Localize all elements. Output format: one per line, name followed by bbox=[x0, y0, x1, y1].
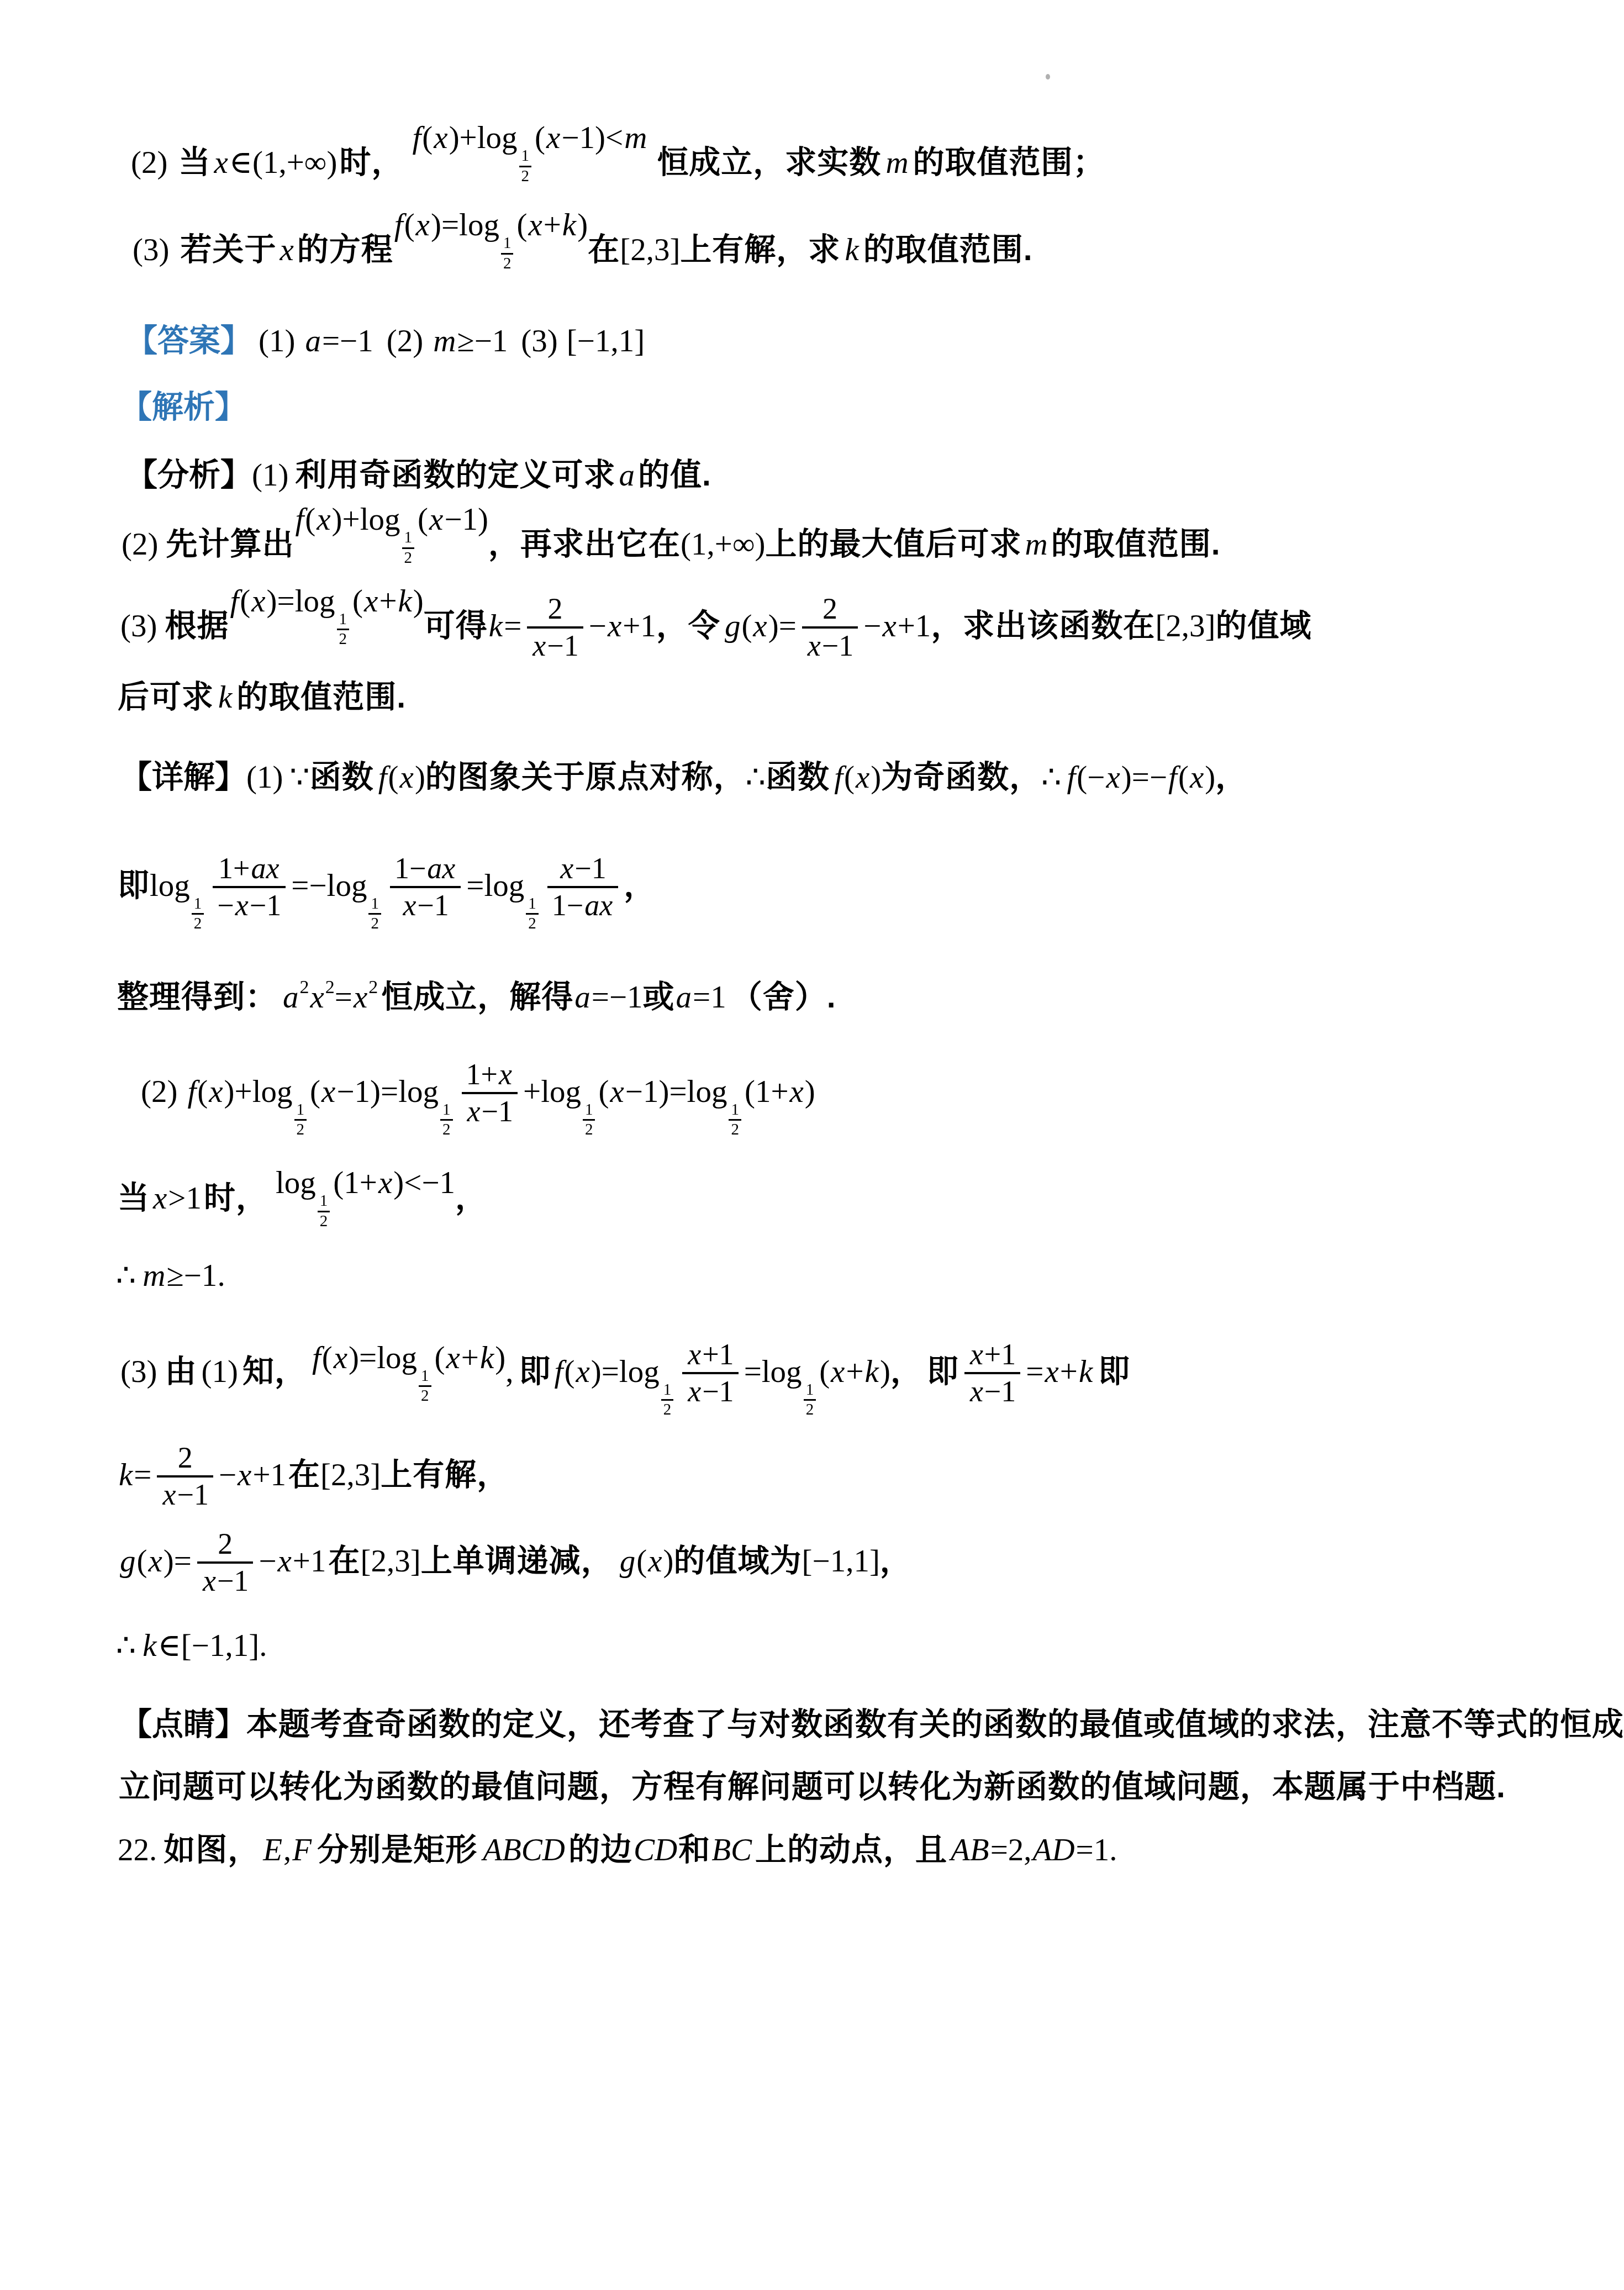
log-base-half: log12 bbox=[762, 1354, 819, 1389]
fraction-denominator: x−1 bbox=[964, 1372, 1020, 1408]
fraction-numerator: x+1 bbox=[682, 1338, 738, 1372]
math-variable: x bbox=[415, 208, 431, 242]
math-variable: x bbox=[250, 584, 266, 619]
math-fraction: 1−axx−1 bbox=[390, 852, 461, 922]
math-variable: x bbox=[377, 1165, 393, 1200]
math-variable: k bbox=[864, 1354, 880, 1389]
document-line-18: ∴k∈[−1,1]. bbox=[116, 1630, 267, 1661]
log-subscript-denominator: 2 bbox=[804, 1399, 816, 1419]
math-variable: k bbox=[141, 1628, 157, 1663]
math-variable: x bbox=[855, 760, 871, 795]
math-run: )<−1 bbox=[393, 1165, 455, 1200]
fraction-denominator: x−1 bbox=[157, 1475, 213, 1511]
math-variable: BC bbox=[710, 1833, 753, 1867]
spacer bbox=[283, 787, 289, 788]
math-run: ) bbox=[478, 502, 488, 537]
spacer bbox=[922, 1381, 927, 1382]
math-run: [2,3] bbox=[1155, 609, 1215, 643]
math-superscript: 2 bbox=[325, 977, 335, 998]
math-fraction: 2x−1 bbox=[197, 1528, 253, 1598]
math-run: ) bbox=[577, 208, 588, 242]
document-line-8: 后可求k的取值范围. bbox=[118, 682, 406, 713]
log-subscript-numerator: 1 bbox=[440, 1101, 453, 1119]
text-run: 的取值范围； bbox=[913, 145, 1105, 180]
fraction-denominator: x−1 bbox=[802, 626, 858, 662]
math-variable: k bbox=[397, 584, 413, 619]
text-run: 上单调递减， bbox=[421, 1543, 613, 1579]
fraction-numerator: 2 bbox=[197, 1528, 253, 1561]
math-run: 2 bbox=[548, 593, 563, 625]
math-run: 2 bbox=[178, 1442, 193, 1474]
section-label: 【解析】 bbox=[120, 389, 246, 425]
math-run: ( bbox=[197, 1074, 208, 1109]
math-run: + bbox=[1060, 1354, 1078, 1389]
fraction-numerator: x+1 bbox=[964, 1338, 1020, 1372]
text-run: 时， bbox=[204, 1180, 268, 1216]
spacer bbox=[613, 1571, 619, 1571]
math-run: , bbox=[505, 1354, 513, 1389]
math-variable: x bbox=[687, 1375, 702, 1408]
log-base-half: log12 bbox=[619, 1354, 677, 1389]
text-run: 的取值范围. bbox=[1051, 526, 1221, 562]
math-variable: ax bbox=[426, 852, 456, 885]
fraction-numerator: 1+x bbox=[462, 1058, 518, 1092]
log-subscript-numerator: 1 bbox=[402, 529, 415, 547]
math-variable: f bbox=[393, 208, 404, 242]
math-variable: x bbox=[498, 1058, 513, 1091]
spacer bbox=[157, 636, 165, 636]
log-base-half: log12 bbox=[377, 1341, 434, 1375]
spacer bbox=[157, 1860, 164, 1860]
log-base-half: log12 bbox=[150, 868, 207, 903]
math-run: ( bbox=[819, 1354, 830, 1389]
math-variable: g bbox=[619, 1544, 637, 1579]
log-subscript-fraction: 12 bbox=[318, 1192, 330, 1231]
math-run: ∴ bbox=[746, 760, 766, 795]
fraction-denominator: x−1 bbox=[390, 886, 461, 922]
spacer bbox=[268, 1208, 276, 1209]
text-run: 的值域 bbox=[1216, 608, 1312, 643]
fraction-numerator: 2 bbox=[157, 1442, 213, 1475]
math-run: ) bbox=[768, 609, 779, 643]
math-run: ( bbox=[535, 120, 545, 155]
math-run: )= bbox=[370, 1074, 398, 1109]
text-run: 上的动点，且 bbox=[755, 1832, 947, 1867]
math-run: ) bbox=[1205, 760, 1215, 795]
text-run: 的取值范围. bbox=[236, 679, 406, 715]
math-run: −1 bbox=[336, 1074, 370, 1109]
log-subscript-fraction: 12 bbox=[661, 1381, 674, 1420]
math-variable: x bbox=[969, 1338, 984, 1371]
math-run: = bbox=[779, 609, 797, 643]
math-variable: x bbox=[1105, 760, 1121, 795]
math-run: − bbox=[863, 609, 881, 643]
math-run: −1 bbox=[984, 1375, 1016, 1408]
math-variable: m bbox=[884, 145, 909, 180]
math-superscript: 2 bbox=[368, 977, 378, 998]
math-variable: F bbox=[291, 1833, 313, 1867]
text-run: 知， bbox=[242, 1354, 307, 1389]
text-run: 上有解， bbox=[381, 1457, 509, 1492]
math-run: [2,3] bbox=[620, 233, 680, 267]
math-run: (1) bbox=[259, 324, 295, 358]
math-variable: k bbox=[118, 1458, 134, 1492]
math-variable: x bbox=[1043, 1354, 1059, 1389]
math-fraction: 1+ax−x−1 bbox=[213, 852, 286, 922]
log-subscript-numerator: 1 bbox=[318, 1192, 330, 1210]
log-subscript-fraction: 12 bbox=[294, 1101, 307, 1139]
document-line-15: (3)由(1)知，f(x)=log12(x+k),即f(x)=log12x+1x… bbox=[120, 1338, 1130, 1420]
math-run: =1 bbox=[693, 980, 726, 1015]
spacer bbox=[157, 1381, 165, 1382]
text-run: 整理得到： bbox=[117, 979, 277, 1015]
math-run: ) bbox=[663, 1544, 674, 1579]
math-variable: g bbox=[119, 1544, 137, 1579]
log-subscript-numerator: 1 bbox=[501, 234, 514, 252]
log-word: log bbox=[276, 1165, 316, 1200]
math-variable: k bbox=[561, 208, 577, 242]
text-run: 和 bbox=[678, 1832, 710, 1867]
log-subscript-numerator: 1 bbox=[804, 1381, 816, 1399]
log-subscript-fraction: 12 bbox=[519, 147, 532, 186]
text-run: 利用奇函数的定义可求 bbox=[295, 457, 615, 493]
math-variable: x bbox=[208, 1074, 224, 1109]
math-variable: x bbox=[806, 629, 822, 662]
math-run: ( bbox=[418, 502, 428, 537]
math-run: . bbox=[259, 1628, 267, 1663]
log-word: log bbox=[377, 1341, 417, 1375]
math-variable: x bbox=[545, 120, 561, 155]
math-run: )=− bbox=[1121, 760, 1167, 795]
log-word: log bbox=[360, 502, 400, 537]
math-variable: E bbox=[262, 1833, 283, 1867]
math-run: +1 bbox=[984, 1338, 1016, 1371]
fraction-numerator: 1−ax bbox=[390, 852, 461, 886]
log-subscript-fraction: 12 bbox=[440, 1101, 453, 1139]
section-label: 【分析】 bbox=[126, 457, 252, 493]
math-variable: x bbox=[363, 584, 379, 619]
math-run: (1+ bbox=[745, 1074, 789, 1109]
spacer bbox=[648, 172, 657, 173]
spacer bbox=[158, 554, 166, 555]
math-run: 2 bbox=[218, 1528, 233, 1560]
math-run: (3) bbox=[133, 233, 169, 267]
math-run: + bbox=[523, 1074, 541, 1109]
math-run: −1 bbox=[250, 889, 281, 922]
math-run: (1,+∞) bbox=[681, 527, 766, 562]
math-run: +1 bbox=[702, 1338, 734, 1371]
fraction-denominator: 1−ax bbox=[547, 886, 618, 922]
log-subscript-numerator: 1 bbox=[368, 895, 381, 913]
math-run: =−1 bbox=[322, 324, 373, 358]
log-subscript-fraction: 12 bbox=[729, 1101, 741, 1139]
math-run: ) bbox=[595, 120, 605, 155]
math-run: 2 bbox=[822, 593, 837, 625]
math-run: 1− bbox=[394, 852, 426, 885]
document-page: (2)当x∈(1,+∞)时，f(x)+log12(x−1)<m恒成立，求实数m的… bbox=[0, 0, 1624, 2290]
math-variable: f bbox=[833, 760, 844, 795]
math-variable: x bbox=[527, 208, 543, 242]
math-variable: x bbox=[315, 502, 331, 537]
math-run: ) bbox=[805, 1074, 815, 1109]
text-run: 若关于 bbox=[180, 232, 276, 267]
log-subscript-numerator: 1 bbox=[526, 895, 539, 913]
math-run: 1− bbox=[552, 889, 583, 922]
math-variable: f bbox=[1066, 760, 1077, 795]
math-run: ) bbox=[449, 120, 460, 155]
spacer bbox=[313, 1860, 317, 1860]
log-subscript-numerator: 1 bbox=[337, 610, 350, 629]
math-variable: x bbox=[1189, 760, 1205, 795]
log-subscript-denominator: 2 bbox=[583, 1119, 595, 1139]
fraction-denominator: x−1 bbox=[197, 1561, 253, 1597]
math-variable: f bbox=[377, 760, 388, 795]
math-run: (2) bbox=[141, 1074, 177, 1109]
math-run: (3) bbox=[120, 1354, 157, 1389]
math-run: 1+ bbox=[218, 852, 250, 885]
spacer bbox=[1022, 554, 1024, 555]
raised-inline-formula: f(x)+log12(x−1) bbox=[294, 504, 488, 567]
log-subscript-numerator: 1 bbox=[192, 895, 204, 913]
math-fraction: 1+xx−1 bbox=[462, 1058, 518, 1128]
document-line-11: 整理得到：a2x2=x2恒成立，解得a=−1或a=1（舍）. bbox=[117, 978, 836, 1013]
spacer bbox=[288, 485, 295, 486]
spacer bbox=[307, 1381, 311, 1382]
math-fraction: x−11−ax bbox=[547, 852, 618, 922]
math-run: =−1 bbox=[592, 980, 643, 1015]
text-run: ，令 bbox=[656, 608, 720, 643]
math-run: + bbox=[342, 502, 360, 537]
math-variable: x bbox=[202, 1564, 217, 1597]
text-run: 如图， bbox=[164, 1832, 260, 1867]
math-run: ) bbox=[332, 502, 342, 537]
text-run: 的值. bbox=[638, 457, 711, 493]
section-label: 【详解】 bbox=[120, 759, 246, 795]
math-run: ( bbox=[322, 1341, 333, 1375]
math-run: [−1,1] bbox=[567, 324, 645, 358]
math-superscript: 2 bbox=[300, 977, 309, 998]
math-variable: m bbox=[623, 120, 648, 155]
math-run: [2,3] bbox=[361, 1544, 421, 1579]
document-line-20: 立问题可以转化为函数的最值问题，方程有解问题可以转化为新函数的值域问题，本题属于… bbox=[119, 1771, 1506, 1803]
math-run: (1) bbox=[246, 760, 283, 795]
math-variable: CD bbox=[632, 1833, 678, 1867]
math-variable: g bbox=[724, 609, 742, 643]
math-variable: x bbox=[531, 629, 547, 662]
math-run: = bbox=[277, 584, 295, 619]
math-run: = bbox=[744, 1354, 762, 1389]
math-fraction: x+1x−1 bbox=[682, 1338, 738, 1408]
math-variable: x bbox=[881, 609, 897, 643]
math-run: ( bbox=[422, 120, 433, 155]
log-subscript-denominator: 2 bbox=[440, 1119, 453, 1139]
text-run: ，再求出它在 bbox=[488, 526, 681, 562]
text-run: 立问题可以转化为函数的最值问题，方程有解问题可以转化为新函数的值域问题，本题属于… bbox=[119, 1769, 1506, 1804]
raised-inline-formula: f(x)=log12(x+k) bbox=[311, 1342, 505, 1406]
math-variable: f bbox=[311, 1341, 322, 1375]
log-subscript-numerator: 1 bbox=[519, 147, 532, 165]
log-subscript-denominator: 2 bbox=[526, 913, 539, 933]
math-run: (1+ bbox=[333, 1165, 377, 1200]
text-run: 函数 bbox=[310, 759, 374, 795]
math-run: [−1,1] bbox=[802, 1544, 880, 1579]
log-subscript-fraction: 12 bbox=[192, 895, 204, 933]
text-run: 即 bbox=[1098, 1354, 1130, 1389]
document-line-7: (3)根据f(x)=log12(x+k)可得k=2x−1−x+1，令g(x)=2… bbox=[120, 593, 1312, 674]
log-base-half: log12 bbox=[360, 502, 418, 537]
log-subscript-fraction: 12 bbox=[419, 1367, 431, 1406]
math-run: (3) bbox=[120, 609, 157, 643]
log-subscript-denominator: 2 bbox=[519, 166, 532, 186]
math-variable: x bbox=[466, 1095, 482, 1128]
math-variable: f bbox=[294, 502, 305, 537]
math-variable: x bbox=[213, 145, 229, 180]
math-run: . bbox=[1109, 1833, 1117, 1867]
math-variable: x bbox=[830, 1354, 846, 1389]
math-variable: k bbox=[1078, 1354, 1094, 1389]
math-variable: k bbox=[479, 1341, 495, 1375]
log-word: log bbox=[459, 208, 499, 242]
math-run: ( bbox=[240, 584, 250, 619]
spacer bbox=[252, 351, 259, 351]
text-run: 时， bbox=[339, 145, 403, 180]
math-fraction: x+1x−1 bbox=[964, 1338, 1020, 1408]
math-variable: k bbox=[488, 609, 504, 643]
log-word: log bbox=[327, 868, 367, 903]
math-variable: x bbox=[352, 980, 368, 1015]
math-variable: ABCD bbox=[482, 1833, 566, 1867]
text-run: 的方程 bbox=[297, 232, 393, 267]
math-variable: AD bbox=[1032, 1833, 1076, 1867]
log-subscript-fraction: 12 bbox=[402, 529, 415, 567]
fraction-numerator: 2 bbox=[527, 593, 583, 626]
text-run: 在 bbox=[329, 1543, 361, 1579]
log-base-half: log12 bbox=[295, 584, 352, 619]
log-base-half: log12 bbox=[459, 208, 516, 242]
document-line-14: ∴m≥−1. bbox=[116, 1260, 225, 1291]
math-run: + bbox=[461, 1341, 479, 1375]
spacer bbox=[373, 351, 387, 351]
math-run: (1) bbox=[252, 458, 288, 493]
text-run: 即 bbox=[927, 1354, 959, 1389]
math-run: )= bbox=[164, 1544, 192, 1579]
text-run: 本题考查奇函数的定义，还考查了与对数函数有关的函数的最值或值域的求法，注意不等式… bbox=[246, 1707, 1624, 1742]
math-run: − bbox=[219, 1458, 236, 1492]
math-run: )= bbox=[658, 1074, 687, 1109]
math-run: − bbox=[589, 609, 607, 643]
math-run: ∴ bbox=[116, 1258, 136, 1293]
math-run: ( bbox=[310, 1074, 320, 1109]
log-subscript-fraction: 12 bbox=[501, 234, 514, 273]
math-run: + bbox=[460, 120, 477, 155]
math-run: ∴ bbox=[116, 1628, 136, 1663]
math-run: >1 bbox=[168, 1181, 202, 1216]
spacer bbox=[177, 1101, 186, 1102]
text-run: 的图象关于原点对称， bbox=[425, 759, 746, 795]
log-subscript-denominator: 2 bbox=[419, 1385, 431, 1405]
log-subscript-fraction: 12 bbox=[583, 1101, 595, 1139]
text-run: 当 bbox=[118, 1180, 150, 1216]
math-run: ( bbox=[564, 1354, 574, 1389]
spacer bbox=[514, 1381, 519, 1382]
page-artifact-dot bbox=[1046, 74, 1050, 80]
math-run: ) bbox=[431, 208, 441, 242]
log-subscript-denominator: 2 bbox=[192, 913, 204, 933]
text-run: 即 bbox=[519, 1354, 551, 1389]
log-base-half: log12 bbox=[541, 1074, 598, 1109]
math-run: (1,+∞) bbox=[252, 145, 338, 180]
math-run: =1 bbox=[1076, 1833, 1110, 1867]
math-run: − bbox=[259, 1544, 276, 1579]
math-run: ∈[−1,1] bbox=[158, 1628, 260, 1663]
text-run: 分别是矩形 bbox=[317, 1832, 477, 1867]
math-run: +1 bbox=[898, 609, 931, 643]
math-run: −1 bbox=[547, 629, 578, 662]
text-run: 根据 bbox=[165, 608, 229, 643]
text-run: 由 bbox=[165, 1354, 197, 1389]
math-run: )= bbox=[349, 1341, 377, 1375]
math-variable: x bbox=[687, 1338, 702, 1371]
math-run: , bbox=[283, 1833, 291, 1867]
document-line-21: 22.如图，E,F分别是矩形ABCD的边CD和BC上的动点，且AB=2,AD=1… bbox=[118, 1834, 1117, 1866]
math-variable: f bbox=[229, 584, 240, 619]
math-run: ( bbox=[741, 609, 752, 643]
log-subscript-fraction: 12 bbox=[337, 610, 350, 649]
log-word: log bbox=[687, 1074, 727, 1109]
math-run: ≥−1 bbox=[166, 1258, 217, 1293]
text-run: 或 bbox=[643, 979, 675, 1015]
spacer bbox=[1062, 787, 1066, 788]
math-run: (1) bbox=[201, 1354, 238, 1389]
math-variable: x bbox=[320, 1074, 336, 1109]
raised-inline-formula: log12(1+x)<−1 bbox=[276, 1167, 455, 1231]
text-run: ，求出该函数在 bbox=[931, 608, 1155, 643]
math-variable: x bbox=[433, 120, 449, 155]
log-base-half: log12 bbox=[398, 1074, 456, 1109]
math-run: − bbox=[217, 889, 234, 922]
document-line-5: 【分析】(1)利用奇函数的定义可求a的值. bbox=[126, 460, 711, 491]
math-run: ) bbox=[267, 584, 277, 619]
text-run: 函数 bbox=[766, 759, 830, 795]
log-subscript-denominator: 2 bbox=[337, 629, 350, 648]
log-word: log bbox=[619, 1354, 660, 1389]
math-run: ( bbox=[305, 502, 315, 537]
math-run: < bbox=[605, 120, 623, 155]
text-run: ， bbox=[1215, 759, 1247, 795]
log-subscript-denominator: 2 bbox=[729, 1119, 741, 1139]
text-run: 恒成立，求实数 bbox=[657, 145, 881, 180]
spacer bbox=[423, 351, 432, 351]
math-variable: x bbox=[161, 1478, 177, 1511]
math-run: = bbox=[466, 868, 484, 903]
log-base-half: log12 bbox=[484, 868, 541, 903]
log-subscript-denominator: 2 bbox=[661, 1399, 674, 1419]
math-run: ) bbox=[415, 760, 425, 795]
text-run: 的边 bbox=[568, 1832, 632, 1867]
math-variable: x bbox=[309, 980, 325, 1015]
math-run: −1 bbox=[417, 889, 449, 922]
log-subscript-numerator: 1 bbox=[294, 1101, 307, 1119]
math-run: −1 bbox=[482, 1095, 513, 1128]
math-run: −1 bbox=[702, 1375, 734, 1408]
fraction-numerator: 2 bbox=[802, 593, 858, 626]
log-word: log bbox=[484, 868, 524, 903]
math-variable: f bbox=[553, 1354, 565, 1389]
document-line-3: 【答案】(1)a=−1(2)m≥−1(3)[−1,1] bbox=[126, 325, 645, 357]
math-run: 22. bbox=[118, 1833, 157, 1867]
math-run: ( bbox=[388, 760, 399, 795]
log-subscript-fraction: 12 bbox=[526, 895, 539, 933]
